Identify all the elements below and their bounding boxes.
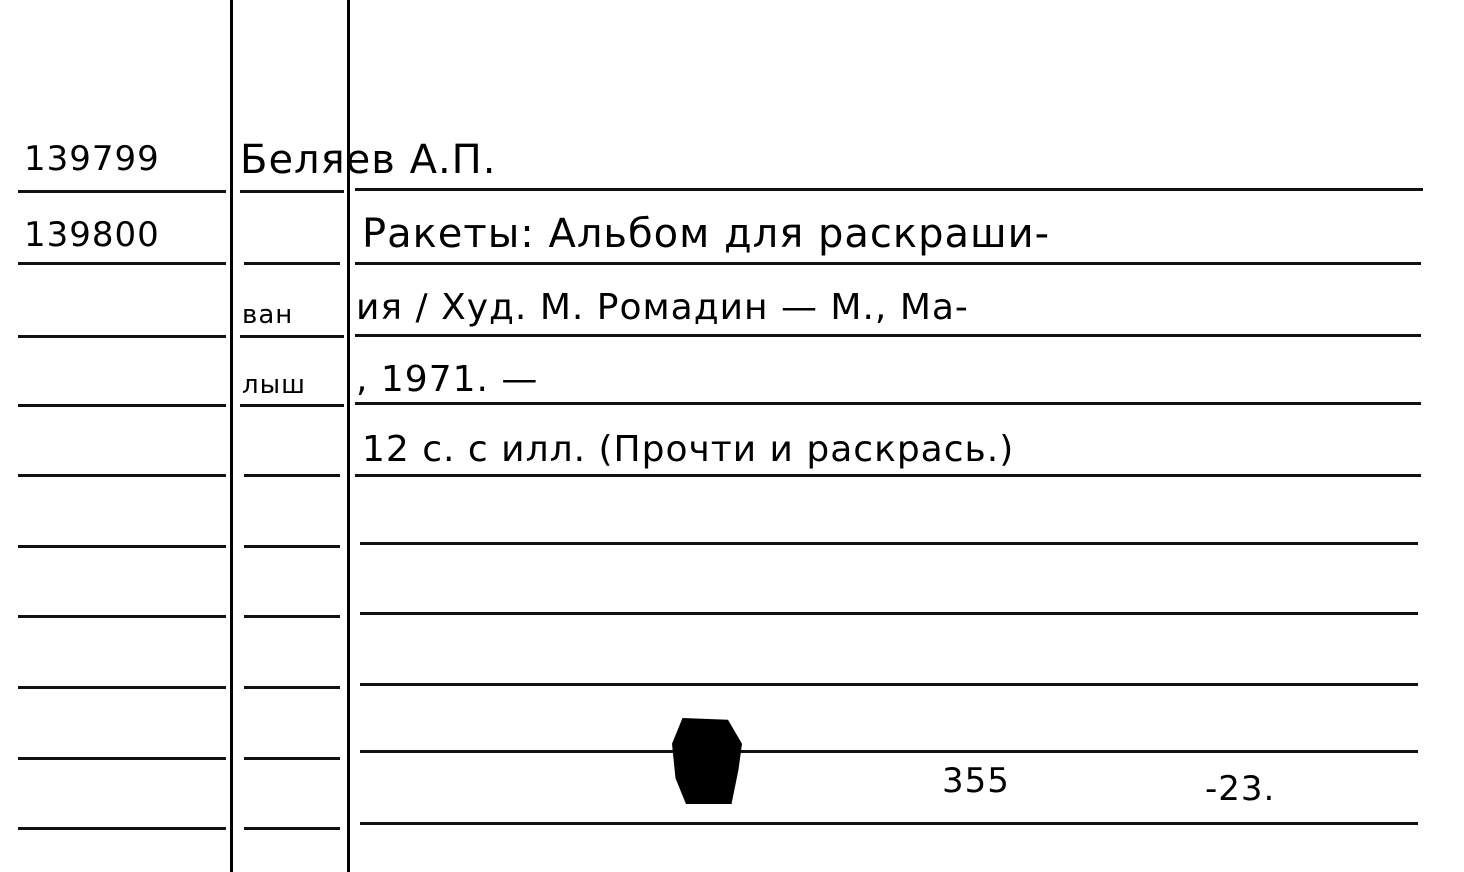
rule-line (355, 402, 1421, 405)
title-line-2-margin: ван (242, 302, 293, 328)
rule-line (360, 750, 1418, 753)
call-number: 355 (942, 764, 1010, 798)
rule-line (18, 615, 226, 618)
rule-line (18, 757, 226, 760)
rule-line (244, 262, 340, 265)
rule-line (360, 683, 1418, 686)
rule-line (360, 612, 1418, 615)
rule-line (360, 542, 1418, 545)
physical-description: 12 с. с илл. (Прочти и раскрась.) (362, 432, 1014, 468)
title-line-1: Ракеты: Альбом для раскраши- (362, 214, 1050, 254)
rule-line (244, 474, 340, 477)
rule-line (18, 474, 226, 477)
publisher-line-margin: лыш (242, 372, 306, 398)
rule-line (18, 827, 226, 830)
rule-line (355, 474, 1421, 477)
rule-line (240, 404, 344, 407)
inventory-number-2: 139800 (24, 218, 160, 252)
ink-blot (672, 718, 742, 804)
margin-divider-right (347, 0, 350, 872)
author-heading: Беляев А.П. (240, 140, 496, 180)
rule-line (18, 335, 226, 338)
rule-line (18, 190, 226, 193)
price: -23. (1205, 772, 1275, 806)
rule-line (18, 262, 226, 265)
publication-line: , 1971. — (356, 362, 538, 398)
rule-line (355, 188, 1423, 191)
rule-line (244, 615, 340, 618)
rule-line (355, 262, 1421, 265)
rule-line (360, 822, 1418, 825)
rule-line (18, 686, 226, 689)
rule-line (240, 190, 344, 193)
rule-line (18, 545, 226, 548)
rule-line (244, 827, 340, 830)
rule-line (244, 686, 340, 689)
title-line-2: ия / Худ. М. Ромадин — М., Ма- (356, 290, 969, 326)
rule-line (244, 545, 340, 548)
rule-line (244, 757, 340, 760)
margin-divider-left (230, 0, 233, 872)
inventory-number-1: 139799 (24, 142, 160, 176)
rule-line (18, 404, 226, 407)
rule-line (240, 335, 344, 338)
rule-line (355, 334, 1421, 337)
